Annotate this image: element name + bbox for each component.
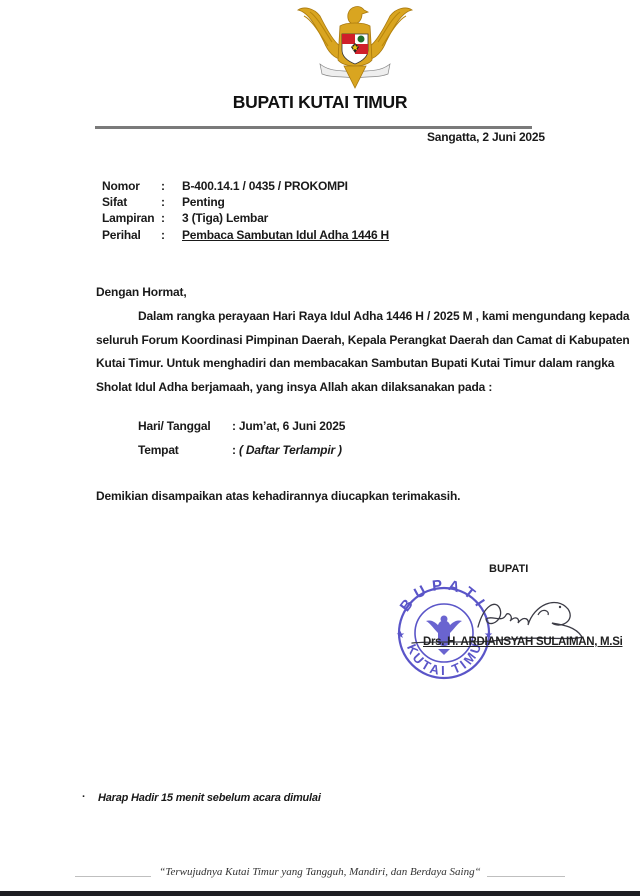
salutation: Dengan Hormat, [96,285,187,299]
meta-colon: : [161,209,165,227]
detail-colon: : [232,443,239,457]
bottom-bar [0,891,640,896]
letterhead-title: BUPATI KUTAI TIMUR [0,92,640,113]
closing-sentence: Demikian disampaikan atas kehadirannya d… [96,489,460,503]
detail-label-date: Hari/ Tanggal [138,419,211,433]
meta-value: 3 (Tiga) Lembar [182,209,268,227]
signer-position: BUPATI [489,563,528,575]
paragraph-line: seluruh Forum Koordinasi Pimpinan Daerah… [96,333,534,347]
meta-colon: : [161,226,165,244]
paragraph-line: Sholat Idul Adha berjamaah, yang insya A… [96,380,492,394]
svg-text:BUPATI: BUPATI [397,577,491,615]
meta-value-subject: Pembaca Sambutan Idul Adha 1446 H [182,226,389,244]
svg-text:★: ★ [396,630,405,641]
signer-name: Drs. H. ARDIANSYAH SULAIMAN, M.Si [423,636,622,648]
paragraph-line: Kutai Timur. Untuk menghadiri dan membac… [96,356,534,370]
note-bullet: · [82,791,86,803]
detail-value-date: : Jum’at, 6 Juni 2025 [232,419,345,433]
attendance-note: Harap Hadir 15 menit sebelum acara dimul… [98,792,321,804]
official-stamp-icon: BUPATI KUTAI TIMUR ★ ★ [392,575,612,680]
letterhead-divider [95,126,532,129]
detail-value-place: : ( Daftar Terlampir ) [232,443,342,457]
footer-line-right [487,876,565,877]
stamp-top-text: BUPATI [397,577,491,615]
garuda-emblem-icon [290,2,420,92]
detail-label-place: Tempat [138,443,179,457]
detail-place-text: ( Daftar Terlampir ) [239,443,342,457]
paragraph-line: Dalam rangka perayaan Hari Raya Idul Adh… [138,309,534,323]
place-date: Sangatta, 2 Juni 2025 [427,130,545,144]
meta-label: Perihal [102,226,162,244]
meta-label: Lampiran [102,209,162,227]
